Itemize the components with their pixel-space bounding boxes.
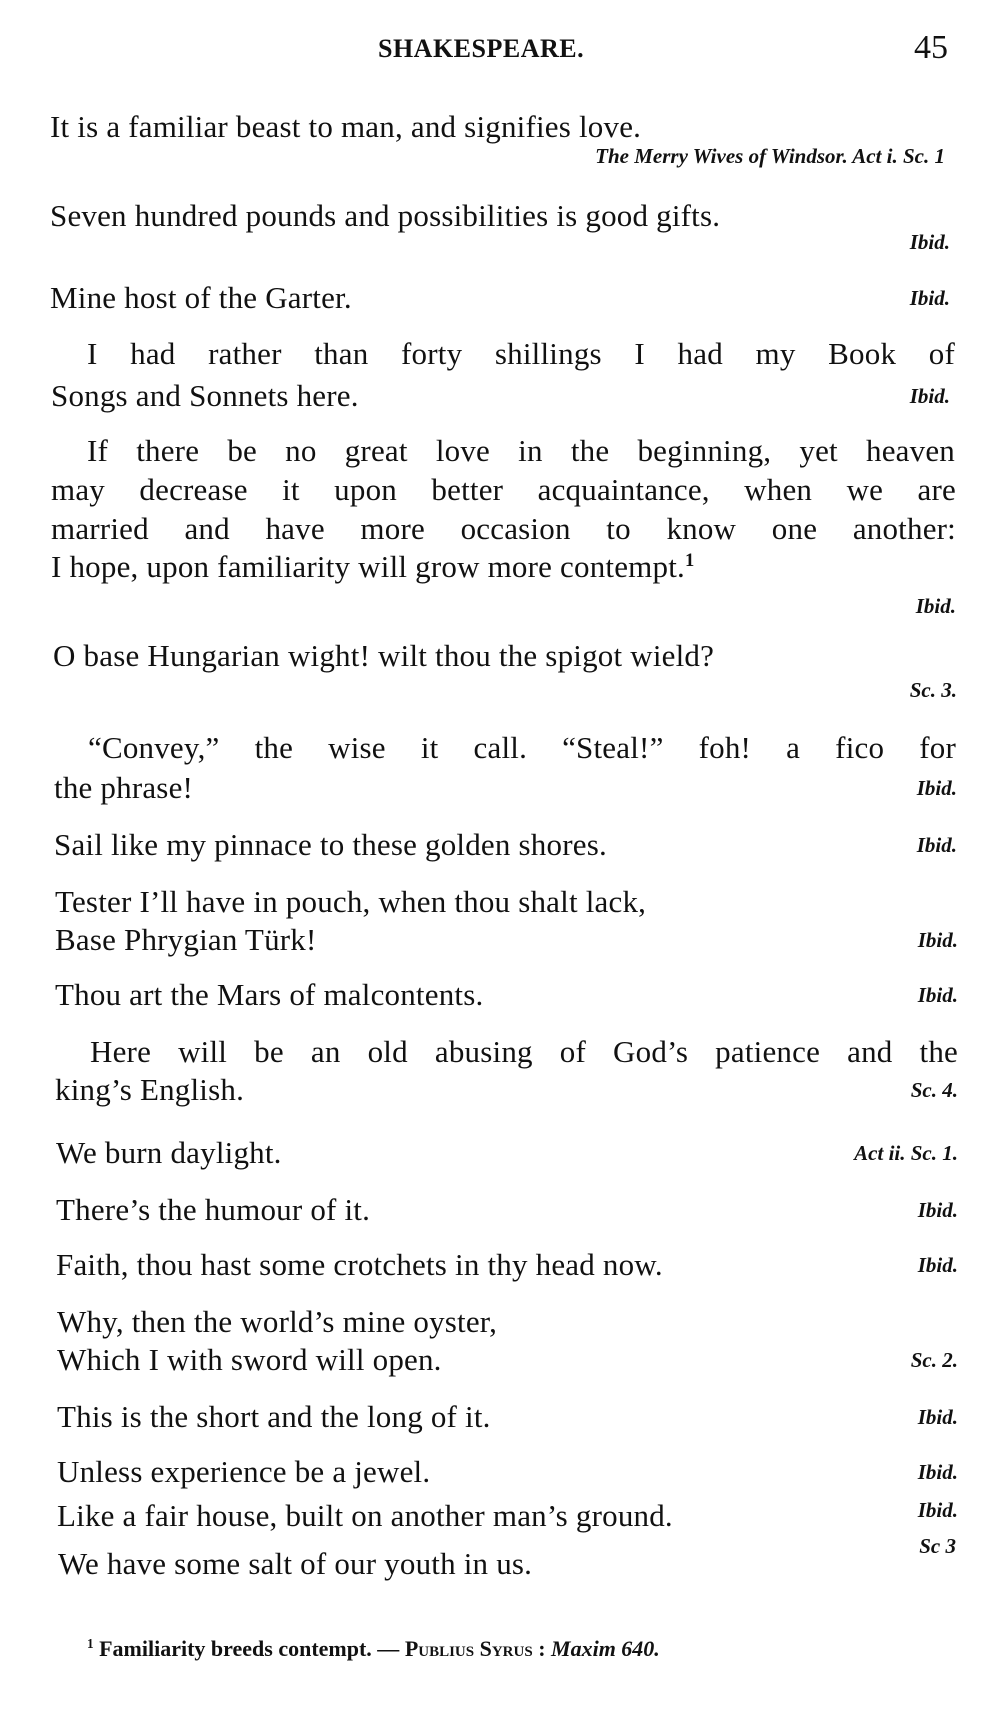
- quotation-line: O base Hungarian wight! wilt thou the sp…: [53, 640, 714, 671]
- citation-reference: Ibid.: [918, 930, 958, 951]
- citation-reference: The Merry Wives of Windsor. Act i. Sc. 1: [595, 146, 945, 167]
- quotation-line: I had rather than forty shillings I had …: [87, 338, 955, 372]
- quotation-line: Tester I’ll have in pouch, when thou sha…: [55, 886, 646, 917]
- quotation-line: Sail like my pinnace to these golden sho…: [54, 829, 607, 860]
- quotation-line: Seven hundred pounds and possibilities i…: [50, 200, 720, 231]
- quotation-line: There’s the humour of it.: [56, 1194, 370, 1225]
- quotation-text: Which I with sword will open.: [57, 1342, 442, 1377]
- quotation-text: Thou art the Mars of malcontents.: [55, 977, 483, 1012]
- quotation-line: Why, then the world’s mine oyster,: [57, 1306, 497, 1337]
- quotation-text: Here will be an old abusing of God’s pat…: [90, 1036, 958, 1069]
- citation-reference: Ibid.: [916, 596, 956, 617]
- page-number: 45: [914, 31, 948, 65]
- quotation-text: We have some salt of our youth in us.: [58, 1546, 532, 1581]
- citation-reference: Ibid.: [910, 386, 950, 407]
- quotation-line: Faith, thou hast some crotchets in thy h…: [56, 1249, 663, 1280]
- quotation-text: Sail like my pinnace to these golden sho…: [54, 827, 607, 862]
- quotation-line: This is the short and the long of it.: [57, 1401, 491, 1432]
- quotation-text: may decrease it upon better acquaintance…: [51, 474, 956, 507]
- quotation-line: the phrase!: [54, 772, 193, 803]
- quotation-text: Songs and Sonnets here.: [51, 378, 359, 413]
- quotation-text: Mine host of the Garter.: [50, 280, 352, 315]
- citation-reference: Ibid.: [918, 985, 958, 1006]
- quotation-line: Mine host of the Garter.: [50, 282, 352, 313]
- footnote-author: Publius Syrus: [405, 1636, 533, 1661]
- quotation-text: I had rather than forty shillings I had …: [87, 338, 955, 371]
- book-page: SHAKESPEARE. 45 It is a familiar beast t…: [0, 0, 1000, 1717]
- citation-reference: Act ii. Sc. 1.: [854, 1143, 958, 1164]
- quotation-line: We have some salt of our youth in us.: [58, 1548, 532, 1579]
- quotation-line: may decrease it upon better acquaintance…: [51, 474, 956, 508]
- quotation-line: married and have more occasion to know o…: [51, 513, 956, 547]
- quotation-text: the phrase!: [54, 770, 193, 805]
- quotation-text: There’s the humour of it.: [56, 1192, 370, 1227]
- citation-reference: Ibid.: [918, 1255, 958, 1276]
- citation-reference: Sc. 3.: [910, 680, 957, 701]
- quotation-line: Which I with sword will open.: [57, 1344, 442, 1375]
- running-title: SHAKESPEARE.: [378, 36, 584, 62]
- quotation-text: Why, then the world’s mine oyster,: [57, 1304, 497, 1339]
- quotation-text: It is a familiar beast to man, and signi…: [50, 109, 641, 144]
- quotation-text: Like a fair house, built on another man’…: [57, 1498, 673, 1533]
- quotation-text: Faith, thou hast some crotchets in thy h…: [56, 1247, 663, 1282]
- footnote-source: Maxim 640.: [551, 1636, 660, 1661]
- footnote-marker: 1: [87, 1636, 94, 1651]
- footnote: 1 Familiarity breeds contempt. — Publius…: [87, 1637, 660, 1660]
- quotation-line: Here will be an old abusing of God’s pat…: [90, 1036, 958, 1070]
- footnote-text: Familiarity breeds contempt. —: [99, 1636, 405, 1661]
- quotation-text: Tester I’ll have in pouch, when thou sha…: [55, 884, 646, 919]
- quotation-text: If there be no great love in the beginni…: [87, 435, 955, 468]
- quotation-text: This is the short and the long of it.: [57, 1399, 491, 1434]
- quotation-line: Base Phrygian Türk!: [55, 924, 317, 955]
- quotation-text: We burn daylight.: [56, 1135, 282, 1170]
- citation-reference: Ibid.: [918, 1407, 958, 1428]
- quotation-text: “Convey,” the wise it call. “Steal!” foh…: [88, 732, 956, 765]
- quotation-line: If there be no great love in the beginni…: [87, 435, 955, 469]
- quotation-text: O base Hungarian wight! wilt thou the sp…: [53, 638, 714, 673]
- citation-reference: Ibid.: [918, 1500, 958, 1521]
- quotation-text: Base Phrygian Türk!: [55, 922, 317, 957]
- citation-reference: Ibid.: [917, 835, 957, 856]
- quotation-text: I hope, upon familiarity will grow more …: [51, 549, 685, 584]
- quotation-text: king’s English.: [55, 1072, 244, 1107]
- quotation-line: We burn daylight.: [56, 1137, 282, 1168]
- citation-reference: Ibid.: [918, 1462, 958, 1483]
- footnote-reference: 1: [685, 550, 695, 571]
- quotation-line: “Convey,” the wise it call. “Steal!” foh…: [88, 732, 956, 766]
- quotation-line: king’s English.: [55, 1074, 244, 1105]
- quotation-line: Thou art the Mars of malcontents.: [55, 979, 483, 1010]
- quotation-text: Unless experience be a jewel.: [57, 1454, 430, 1489]
- footnote-separator: :: [533, 1636, 551, 1661]
- quotation-line: It is a familiar beast to man, and signi…: [50, 111, 641, 142]
- citation-reference: Ibid.: [917, 778, 957, 799]
- quotation-text: married and have more occasion to know o…: [51, 513, 956, 546]
- citation-reference: Sc. 2.: [911, 1350, 958, 1371]
- citation-reference: Sc 3: [919, 1536, 956, 1557]
- quotation-line: Like a fair house, built on another man’…: [57, 1500, 673, 1531]
- quotation-line: Unless experience be a jewel.: [57, 1456, 430, 1487]
- citation-reference: Ibid.: [910, 288, 950, 309]
- citation-reference: Ibid.: [910, 232, 950, 253]
- quotation-line: I hope, upon familiarity will grow more …: [51, 551, 694, 582]
- quotation-text: Seven hundred pounds and possibilities i…: [50, 198, 720, 233]
- citation-reference: Sc. 4.: [911, 1080, 958, 1101]
- citation-reference: Ibid.: [918, 1200, 958, 1221]
- quotation-line: Songs and Sonnets here.: [51, 380, 359, 411]
